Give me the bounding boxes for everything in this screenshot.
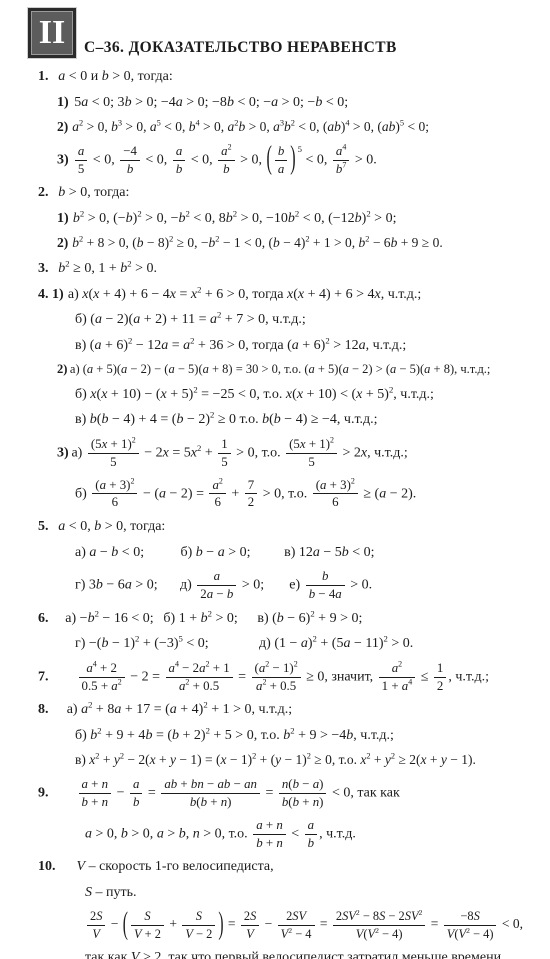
numerator: −4	[120, 144, 140, 161]
exponent: 2	[307, 752, 311, 761]
numerator: (a + 3)2	[92, 478, 137, 495]
fraction: a26	[209, 478, 225, 511]
spacer	[49, 195, 59, 196]
denominator: 2	[434, 678, 446, 694]
exponent: 2	[190, 335, 194, 345]
item-label: 2)	[57, 362, 67, 376]
fraction: a4b7	[333, 144, 349, 177]
fraction: (a + 3)26	[92, 478, 137, 511]
denominator: b − 4a	[306, 586, 345, 602]
denominator: b7	[333, 161, 349, 177]
solution-line-10: б) (a − 2)(a + 2) + 11 = a2 + 7 > 0, ч.т…	[75, 311, 538, 329]
denominator: 5	[286, 454, 337, 470]
left-paren: (	[265, 144, 272, 177]
denominator: 6	[209, 494, 225, 510]
denominator: V − 2	[182, 926, 215, 941]
item-label: 1.	[38, 69, 49, 84]
numerator: a4 − 2a2 + 1	[166, 661, 233, 678]
solution-line-29: S – путь.	[85, 884, 538, 902]
item-label: 9.	[38, 786, 49, 801]
numerator: b	[306, 569, 345, 586]
denominator: 5	[75, 161, 87, 177]
spacer	[56, 869, 77, 870]
left-paren: (	[122, 909, 129, 941]
exponent: 2	[79, 235, 83, 244]
exponent: 2	[203, 700, 207, 710]
solution-line-22: 7.a4 + 20.5 + a2 − 2 = a4 − 2a2 + 1a2 + …	[38, 661, 538, 694]
numerator: a	[75, 144, 87, 161]
denominator: b	[305, 835, 317, 851]
exponent: 2	[295, 208, 299, 218]
denominator: V(V2 − 4)	[333, 926, 426, 941]
numerator: 1	[218, 437, 230, 454]
solution-line-8: 3.b2 ≥ 0, 1 + b2 > 0.	[38, 260, 538, 278]
exponent: 2	[130, 476, 134, 485]
numerator: a	[130, 777, 142, 794]
exponent: 2	[391, 752, 395, 761]
spacer	[69, 162, 73, 163]
exponent: 2	[169, 235, 173, 244]
item-label: 4. 1)	[38, 287, 64, 302]
denominator: V	[87, 926, 105, 941]
exponent: 2	[132, 436, 136, 445]
denominator: a	[275, 161, 287, 177]
exponent: 2	[330, 436, 334, 445]
exponent: 2	[193, 384, 197, 394]
spacer	[264, 588, 289, 589]
solution-line-19: г) 3b − 6a > 0;д) a2a − b > 0;е) bb − 4a…	[75, 569, 538, 602]
exponent: 5	[400, 119, 404, 128]
numerator: a2	[209, 478, 225, 495]
solution-line-30: 2SV − (SV + 2 + SV − 2) = 2SV − 2SVV2 − …	[85, 909, 538, 941]
solution-line-18: а) a − b < 0;б) b − a > 0;в) 12a − 5b < …	[75, 544, 538, 562]
exponent: 2	[206, 659, 210, 668]
numerator: S	[131, 909, 164, 925]
spacer	[49, 796, 77, 797]
exponent: 5	[157, 119, 161, 128]
fraction: 2SVV2 − 4	[278, 909, 315, 941]
solution-line-3: 2)a2 > 0, b3 > 0, a5 < 0, b4 > 0, a2b > …	[57, 119, 538, 136]
exponent: 2	[262, 677, 266, 686]
fraction: 12	[434, 661, 446, 694]
solution-line-7: 2)b2 + 8 > 0, (b − 8)2 ≥ 0, −b2 − 1 < 0,…	[57, 235, 538, 252]
exponent: 7	[342, 160, 346, 169]
page-header: II С–36. ДОКАЗАТЕЛЬСТВО НЕРАВЕНСТВ	[28, 8, 538, 58]
chapter-badge: II	[28, 8, 76, 58]
exponent: 2	[120, 752, 124, 761]
numerator: (5x + 1)2	[286, 437, 337, 454]
exponent: 2	[80, 208, 84, 218]
spacer	[209, 646, 259, 647]
fraction: a2a − b	[197, 569, 236, 602]
spacer	[250, 555, 284, 556]
item-label: 3)	[57, 445, 69, 460]
numerator: a4 + 2	[79, 661, 125, 678]
numerator: b	[275, 144, 287, 161]
spacer	[49, 79, 59, 80]
numerator: a2	[218, 144, 234, 161]
fraction: a + nb + n	[79, 777, 112, 810]
denominator: V2 − 4	[278, 926, 315, 941]
denominator: b	[120, 161, 140, 177]
solution-line-26: 9.a + nb + n − ab = ab + bn − ab − anb(b…	[38, 777, 538, 810]
exponent: 2	[135, 634, 139, 644]
fraction: 2SV2 − 8S − 2SV2V(V2 − 4)	[333, 909, 426, 941]
numerator: 2SV	[278, 909, 315, 925]
solution-line-21: г) −(b − 1)2 + (−3)5 < 0;д) (1 − a)2 + (…	[75, 635, 538, 653]
numerator: −8S	[444, 909, 497, 925]
exponent: 4	[195, 119, 199, 128]
denominator: V	[241, 926, 259, 941]
exponent: 2	[210, 410, 214, 420]
spacer	[69, 105, 75, 106]
chapter-badge-numeral: II	[39, 16, 65, 50]
numerator: 2S	[87, 909, 105, 925]
fraction: (a2 − 1)2a2 + 0.5	[252, 661, 301, 694]
exponent: 2	[252, 752, 256, 761]
denominator: b	[173, 161, 185, 177]
denominator: 6	[313, 494, 358, 510]
page-title: С–36. ДОКАЗАТЕЛЬСТВО НЕРАВЕНСТВ	[84, 38, 397, 57]
item-label: 2)	[57, 119, 68, 134]
fraction: ab	[130, 777, 142, 810]
fraction: bb − 4a	[306, 569, 345, 602]
solution-line-17: 5.a < 0, b > 0, тогда:	[38, 518, 538, 536]
spacer	[49, 529, 59, 530]
solution-line-15: 3)а) (5x + 1)25 − 2x = 5x2 + 15 > 0, т.о…	[57, 437, 538, 470]
solution-line-14: в) b(b − 4) + 4 = (b − 2)2 ≥ 0 т.о. b(b …	[75, 411, 538, 429]
item-label: 7.	[38, 669, 49, 684]
solution-line-12: 2)а) (a + 5)(a − 2) − (a − 5)(a + 8) = 3…	[57, 362, 538, 378]
numerator: a	[305, 818, 317, 835]
solution-line-31: так как V > 2, так что первый велосипеди…	[85, 949, 538, 959]
item-label: 6.	[38, 611, 49, 626]
solution-line-5: 2.b > 0, тогда:	[38, 184, 538, 202]
denominator: b	[130, 794, 142, 810]
item-label: 10.	[38, 859, 56, 874]
exponent: 2	[208, 608, 212, 618]
exponent: 2	[398, 659, 402, 668]
numerator: 2SV2 − 8S − 2SV2	[333, 909, 426, 925]
document-page: II С–36. ДОКАЗАТЕЛЬСТВО НЕРАВЕНСТВ 1.a <…	[0, 0, 550, 959]
exponent: 2	[365, 235, 369, 244]
exponent: 4	[175, 659, 179, 668]
solution-line-28: 10.V – скорость 1-го велосипедиста,	[38, 858, 538, 876]
exponent: 2	[185, 208, 189, 218]
exponent: 2	[97, 725, 101, 735]
solution-line-20: 6.а) −b2 − 16 < 0;б) 1 + b2 > 0;в) (b − …	[38, 610, 538, 628]
spacer	[158, 588, 180, 589]
fraction: 72	[245, 478, 257, 511]
numerator: n(b − a)	[279, 777, 327, 794]
exponent: 2	[288, 926, 292, 935]
exponent: 2	[233, 208, 237, 218]
exponent: 5	[179, 634, 183, 644]
spacer	[144, 555, 180, 556]
fraction: a4 − 2a2 + 1a2 + 0.5	[166, 661, 233, 694]
denominator: b(b + n)	[161, 794, 260, 810]
spacer	[49, 271, 59, 272]
fraction: a2b	[218, 144, 234, 177]
solution-line-24: б) b2 + 9 + 4b = (b + 2)2 + 5 > 0, т.о. …	[75, 727, 538, 745]
denominator: V(V2 − 4)	[444, 926, 497, 941]
fraction: ba	[275, 144, 287, 177]
exponent: 2	[366, 208, 370, 218]
spacer	[49, 679, 77, 680]
item-label: 3.	[38, 261, 49, 276]
exponent: 2	[356, 908, 360, 917]
denominator: b + n	[79, 794, 112, 810]
exponent: 2	[325, 335, 329, 345]
item-label: 8.	[38, 702, 49, 717]
exponent: 2	[265, 659, 269, 668]
numerator: ab + bn − ab − an	[161, 777, 260, 794]
numerator: a	[197, 569, 236, 586]
solutions-list: 1.a < 0 и b > 0, тогда:1)5a < 0; 3b > 0;…	[38, 68, 538, 959]
exponent: 2	[294, 659, 298, 668]
exponent: 2	[419, 908, 423, 917]
numerator: a	[173, 144, 185, 161]
solution-line-16: б) (a + 3)26 − (a − 2) = a26 + 72 > 0, т…	[75, 478, 538, 511]
numerator: 1	[434, 661, 446, 678]
spacer	[238, 621, 258, 622]
exponent: 2	[95, 752, 99, 761]
numerator: (a2 − 1)2	[252, 661, 301, 678]
exponent: 2	[95, 608, 99, 618]
exponent: 2	[127, 259, 131, 269]
solution-line-13: б) x(x + 10) − (x + 5)2 = −25 < 0, т.о. …	[75, 386, 538, 404]
fraction: n(b − a)b(b + n)	[279, 777, 327, 810]
spacer	[69, 455, 72, 456]
solution-line-9: 4. 1)а) x(x + 4) + 6 − 4x = x2 + 6 > 0, …	[38, 286, 538, 304]
fraction: a5	[75, 144, 87, 177]
denominator: a2 + 0.5	[166, 678, 233, 694]
fraction: 15	[218, 437, 230, 470]
spacer	[64, 297, 68, 298]
numerator: a + n	[253, 818, 286, 835]
denominator: 5	[218, 454, 230, 470]
item-label: 2.	[38, 185, 49, 200]
numerator: (5x + 1)2	[88, 437, 139, 454]
exponent: 4	[342, 143, 346, 152]
exponent: 2	[466, 926, 470, 935]
solution-line-27: a > 0, b > 0, a > b, n > 0, т.о. a + nb …	[85, 818, 538, 851]
fraction: (a + 3)26	[313, 478, 358, 511]
exponent: 2	[217, 310, 221, 320]
item-label: 2)	[57, 235, 68, 250]
fraction: a21 + a4	[379, 661, 416, 694]
spacer	[67, 372, 70, 373]
solution-line-2: 1)5a < 0; 3b > 0; −4a > 0; −8b < 0; −a >…	[57, 94, 538, 112]
denominator: b	[218, 161, 234, 177]
exponent: 2	[313, 634, 317, 644]
numerator: 7	[245, 478, 257, 495]
denominator: 2	[245, 494, 257, 510]
fraction: a4 + 20.5 + a2	[79, 661, 125, 694]
exponent: 2	[206, 725, 210, 735]
exponent: 2	[88, 700, 92, 710]
fraction: ab	[173, 144, 185, 177]
solution-line-1: 1.a < 0 и b > 0, тогда:	[38, 68, 538, 86]
exponent: 2	[290, 725, 294, 735]
denominator: b(b + n)	[279, 794, 327, 810]
fraction: ab	[305, 818, 317, 851]
exponent: 2	[65, 259, 69, 269]
denominator: 5	[88, 454, 139, 470]
fraction: 2SV	[241, 909, 259, 941]
exponent: 2	[219, 476, 223, 485]
numerator: a + n	[79, 777, 112, 794]
numerator: S	[182, 909, 215, 925]
spacer	[49, 621, 66, 622]
exponent: 4	[408, 677, 412, 686]
denominator: a2 + 0.5	[252, 678, 301, 694]
denominator: 0.5 + a2	[79, 678, 125, 694]
denominator: 1 + a4	[379, 678, 416, 694]
exponent: 2	[118, 677, 122, 686]
exponent: 2	[310, 608, 314, 618]
exponent: 2	[351, 476, 355, 485]
fraction: −4b	[120, 144, 140, 177]
solution-line-4: 3)a5 < 0, −4b < 0, ab < 0, a2b > 0, (ba)…	[57, 144, 538, 177]
item-label: 5.	[38, 519, 49, 534]
denominator: 2a − b	[197, 586, 236, 602]
spacer	[154, 621, 164, 622]
exponent: 2	[137, 208, 141, 218]
numerator: 2S	[241, 909, 259, 925]
numerator: (a + 3)2	[313, 478, 358, 495]
fraction: (5x + 1)25	[286, 437, 337, 470]
exponent: 2	[228, 143, 232, 152]
exponent: 2	[79, 119, 83, 128]
exponent: 2	[375, 926, 379, 935]
exponent: 2	[215, 235, 219, 244]
fraction: −8SV(V2 − 4)	[444, 909, 497, 941]
fraction: a + nb + n	[253, 818, 286, 851]
spacer	[49, 712, 67, 713]
exponent: 2	[384, 634, 388, 644]
denominator: V + 2	[131, 926, 164, 941]
solution-line-6: 1)b2 > 0, (−b)2 > 0, −b2 < 0, 8b2 > 0, −…	[57, 210, 538, 228]
paren-exponent: 5	[298, 144, 302, 154]
exponent: 2	[197, 284, 201, 294]
exponent: 2	[197, 443, 201, 453]
exponent: 2	[366, 752, 370, 761]
right-paren: )	[217, 909, 224, 941]
numerator: a4	[333, 144, 349, 161]
exponent: 2	[291, 119, 295, 128]
exponent: 2	[389, 384, 393, 394]
denominator: 6	[92, 494, 137, 510]
exponent: 4	[93, 659, 97, 668]
right-paren: )	[289, 144, 296, 177]
denominator: b + n	[253, 835, 286, 851]
item-label: 1)	[57, 211, 69, 226]
numerator: a2	[379, 661, 416, 678]
solution-line-11: в) (a + 6)2 − 12a = a2 + 36 > 0, тогда (…	[75, 337, 538, 355]
solution-line-23: 8.а) a2 + 8a + 17 = (a + 4)2 + 1 > 0, ч.…	[38, 701, 538, 719]
fraction: ab + bn − ab − anb(b + n)	[161, 777, 260, 810]
fraction: SV + 2	[131, 909, 164, 941]
item-label: 1)	[57, 95, 69, 110]
exponent: 2	[128, 335, 132, 345]
exponent: 4	[345, 119, 349, 128]
fraction: 2SV	[87, 909, 105, 941]
item-label: 3)	[57, 152, 69, 167]
exponent: 2	[185, 677, 189, 686]
fraction: (5x + 1)25	[88, 437, 139, 470]
exponent: 2	[305, 235, 309, 244]
fraction: SV − 2	[182, 909, 215, 941]
exponent: 3	[118, 119, 122, 128]
solution-line-25: в) x2 + y2 − 2(x + y − 1) = (x − 1)2 + (…	[75, 752, 538, 769]
